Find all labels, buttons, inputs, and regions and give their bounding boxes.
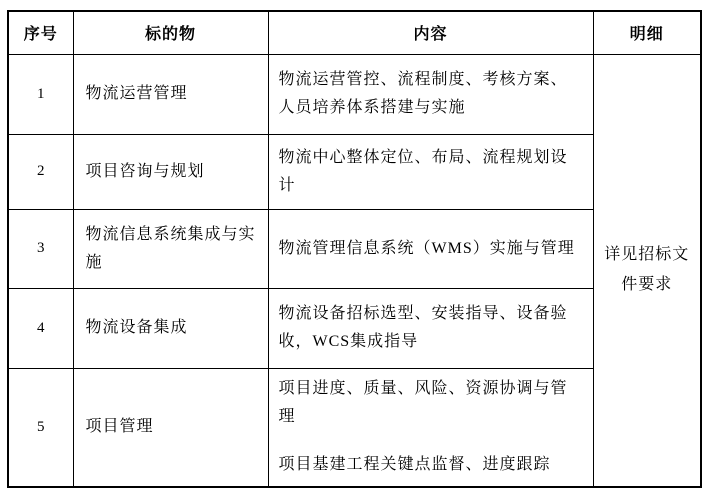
subject-cell: 物流运营管理 (73, 54, 268, 134)
serial-number-cell: 1 (8, 54, 73, 134)
serial-number-cell: 3 (8, 209, 73, 288)
table-header-row: 序号 标的物 内容 明细 (8, 11, 701, 54)
content-cell: 物流管理信息系统（WMS）实施与管理 (268, 209, 593, 288)
header-detail: 明细 (593, 11, 701, 54)
detail-cell: 详见招标文件要求 (593, 54, 701, 487)
document-page: 序号 标的物 内容 明细 1 物流运营管理 物流运营管控、流程制度、考核方案、人… (0, 0, 709, 492)
subject-cell: 项目咨询与规划 (73, 134, 268, 209)
content-paragraph: 物流中心整体定位、布局、流程规划设计 (279, 144, 579, 200)
detail-text: 详见招标文件要求 (598, 240, 697, 300)
header-content: 内容 (268, 11, 593, 54)
content-cell: 物流运营管控、流程制度、考核方案、人员培养体系搭建与实施 (268, 54, 593, 134)
content-cell: 物流中心整体定位、布局、流程规划设计 (268, 134, 593, 209)
header-subject: 标的物 (73, 11, 268, 54)
serial-number-cell: 4 (8, 288, 73, 368)
content-paragraph: 项目基建工程关键点监督、进度跟踪 (279, 451, 579, 479)
subject-cell: 物流设备集成 (73, 288, 268, 368)
header-serial-number: 序号 (8, 11, 73, 54)
content-paragraph: 物流管理信息系统（WMS）实施与管理 (279, 235, 579, 263)
subject-cell: 项目管理 (73, 368, 268, 487)
procurement-items-table: 序号 标的物 内容 明细 1 物流运营管理 物流运营管控、流程制度、考核方案、人… (7, 10, 702, 488)
content-paragraph: 物流设备招标选型、安装指导、设备验收，WCS集成指导 (279, 300, 579, 356)
subject-cell: 物流信息系统集成与实施 (73, 209, 268, 288)
serial-number-cell: 5 (8, 368, 73, 487)
serial-number-cell: 2 (8, 134, 73, 209)
table-row: 1 物流运营管理 物流运营管控、流程制度、考核方案、人员培养体系搭建与实施 详见… (8, 54, 701, 134)
content-cell: 项目进度、质量、风险、资源协调与管理 项目基建工程关键点监督、进度跟踪 (268, 368, 593, 487)
content-paragraph: 物流运营管控、流程制度、考核方案、人员培养体系搭建与实施 (279, 66, 579, 122)
content-cell: 物流设备招标选型、安装指导、设备验收，WCS集成指导 (268, 288, 593, 368)
content-paragraph: 项目进度、质量、风险、资源协调与管理 (279, 375, 579, 431)
